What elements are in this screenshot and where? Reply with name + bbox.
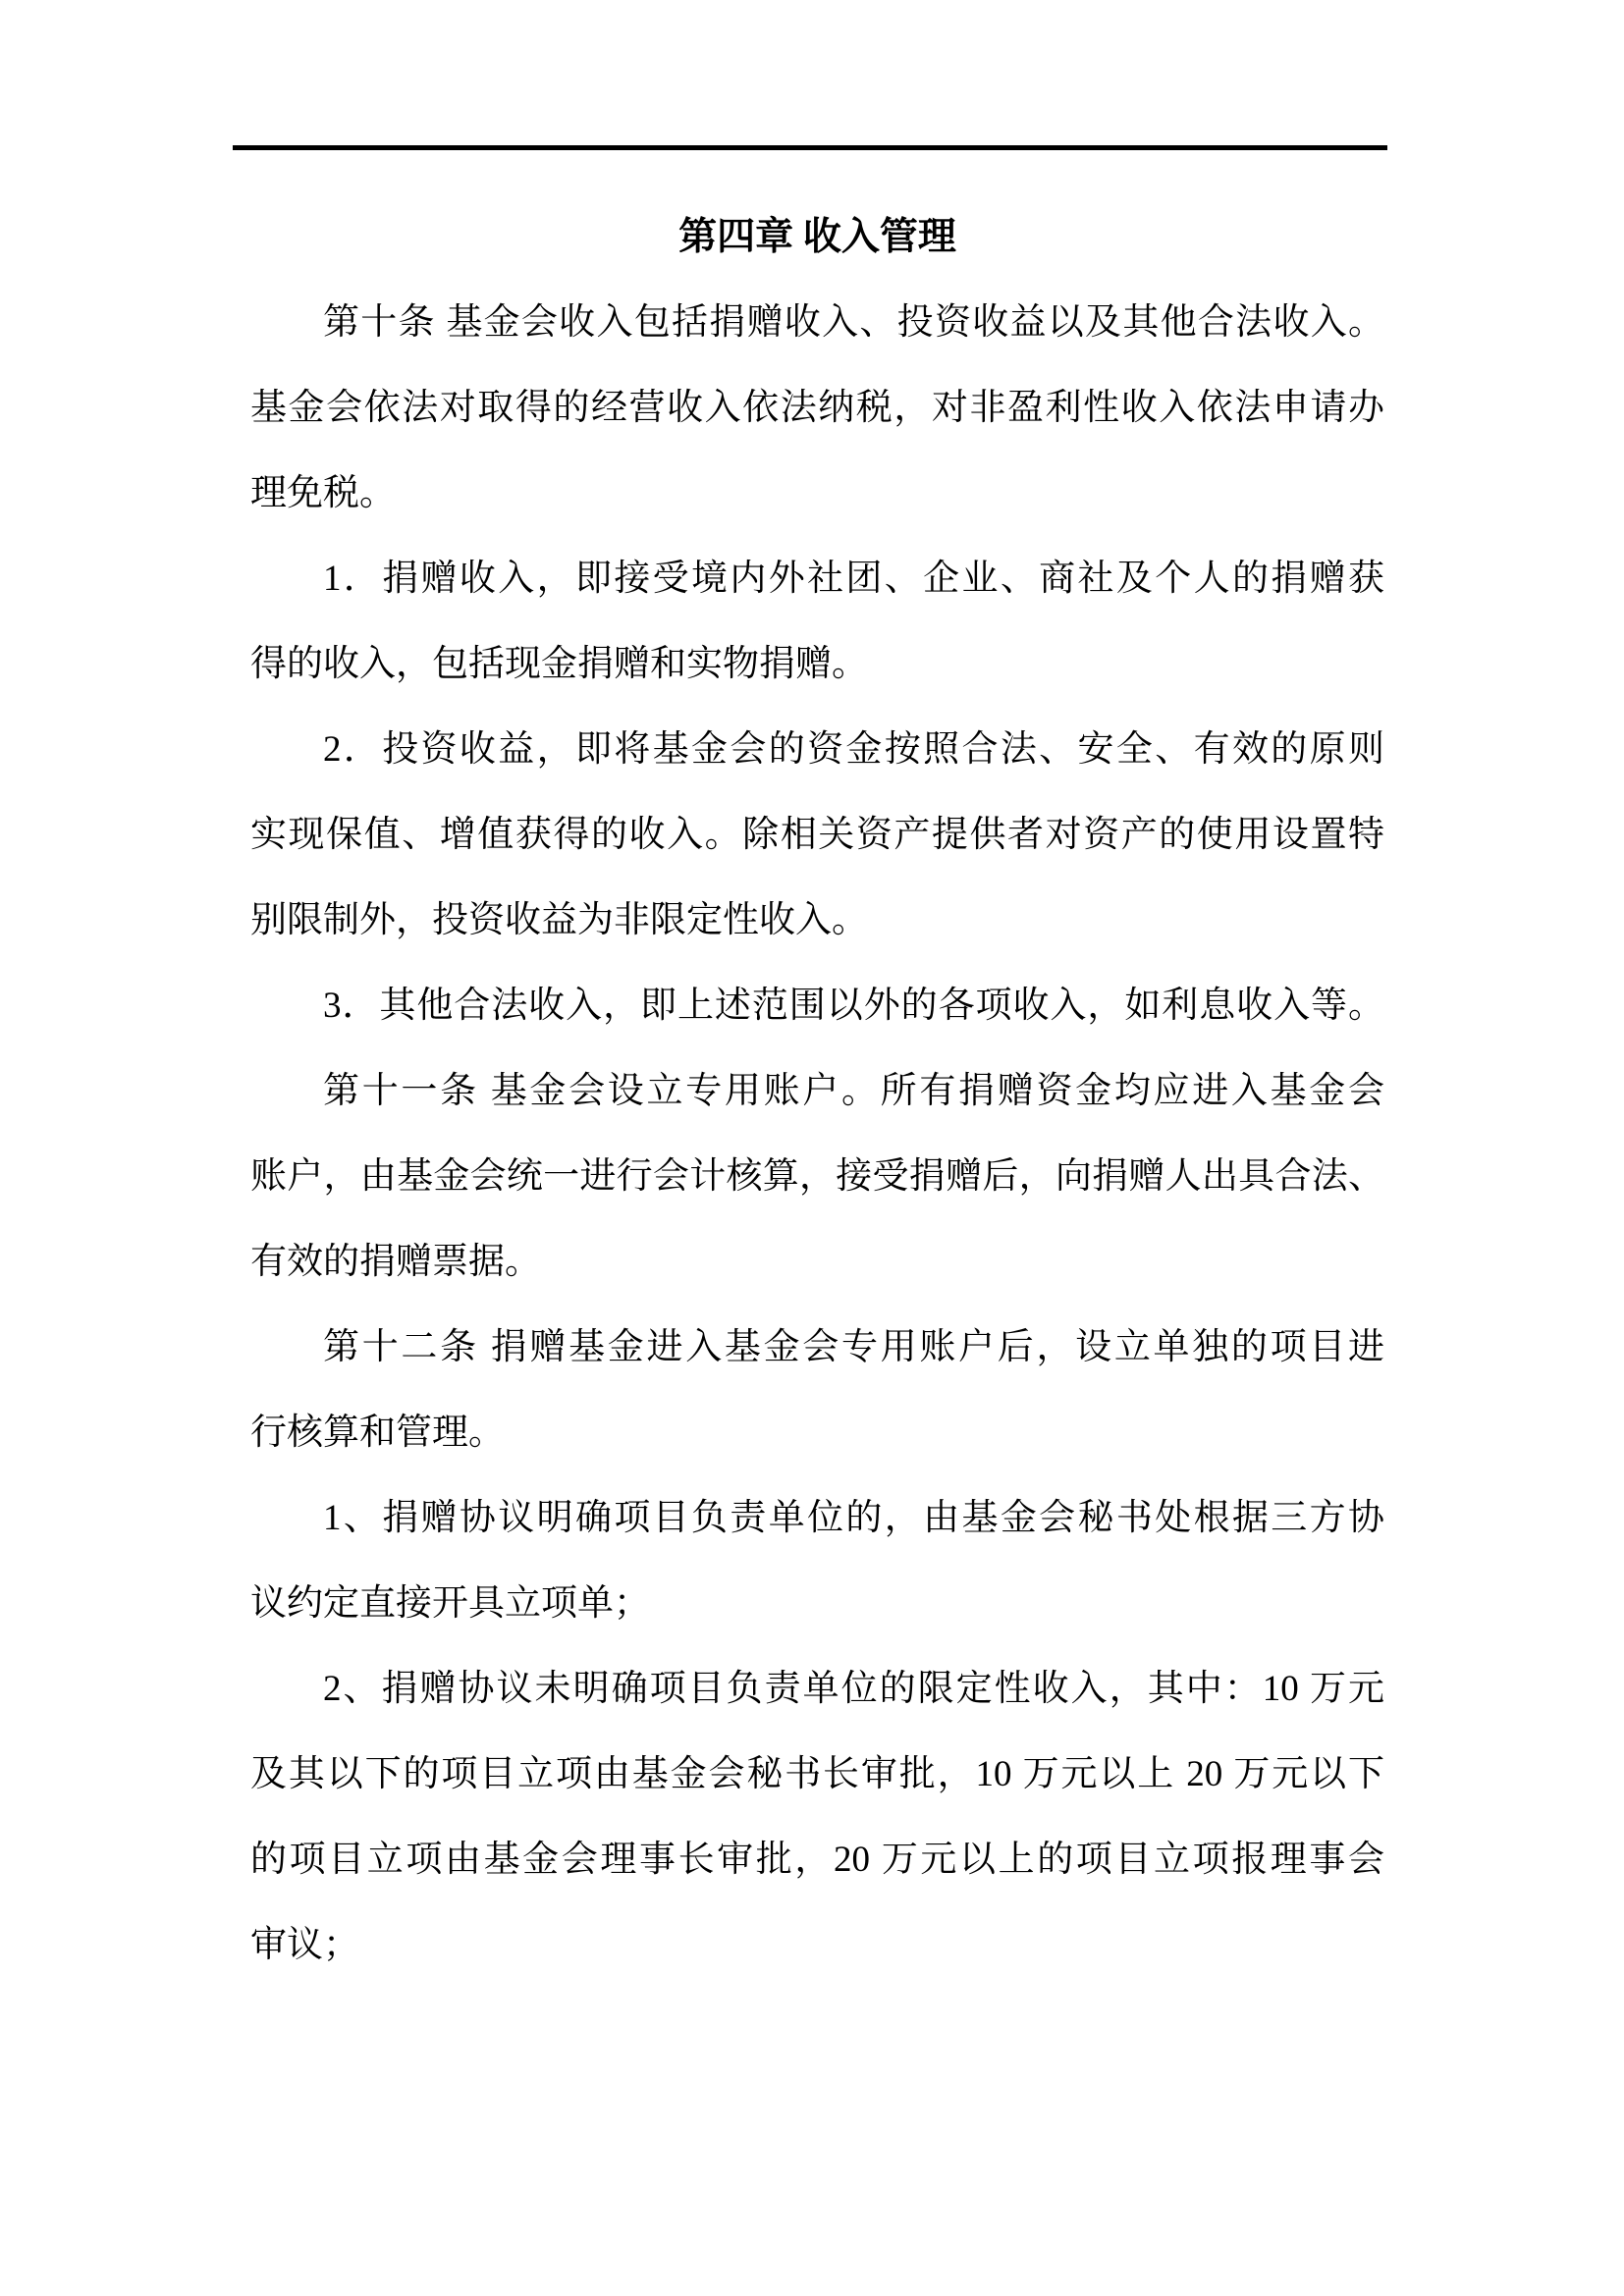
text-line: 第十条 基金会收入包括捐赠收入、投资收益以及其他合法收入。 — [250, 280, 1384, 365]
text-line: 账户，由基金会统一进行会计核算，接受捐赠后，向捐赠人出具合法、 — [250, 1134, 1384, 1219]
text-line: 有效的捐赠票据。 — [250, 1219, 1384, 1305]
text-line: 3．其他合法收入，即上述范围以外的各项收入，如利息收入等。 — [250, 963, 1384, 1048]
text-line: 第十二条 捐赠基金进入基金会专用账户后，设立单独的项目进 — [250, 1305, 1384, 1390]
text-line: 实现保值、增值获得的收入。除相关资产提供者对资产的使用设置特 — [250, 792, 1384, 878]
text-line: 2．投资收益，即将基金会的资金按照合法、安全、有效的原则 — [250, 707, 1384, 792]
header-divider-line — [233, 145, 1387, 150]
text-line: 及其以下的项目立项由基金会秘书长审批，10 万元以上 20 万元以下 — [250, 1732, 1384, 1817]
text-line: 理免税。 — [250, 451, 1384, 536]
text-line: 行核算和管理。 — [250, 1390, 1384, 1475]
text-line: 审议； — [250, 1902, 1384, 1988]
text-line: 议约定直接开具立项单； — [250, 1561, 1384, 1646]
text-line: 基金会依法对取得的经营收入依法纳税，对非盈利性收入依法申请办 — [250, 365, 1384, 451]
chapter-title: 第四章 收入管理 — [250, 194, 1384, 280]
text-line: 1、捐赠协议明确项目负责单位的，由基金会秘书处根据三方协 — [250, 1475, 1384, 1561]
text-line: 得的收入，包括现金捐赠和实物捐赠。 — [250, 621, 1384, 707]
text-line: 的项目立项由基金会理事长审批，20 万元以上的项目立项报理事会 — [250, 1817, 1384, 1902]
text-line: 2、捐赠协议未明确项目负责单位的限定性收入，其中：10 万元 — [250, 1646, 1384, 1732]
document-content: 第四章 收入管理 第十条 基金会收入包括捐赠收入、投资收益以及其他合法收入。基金… — [250, 194, 1384, 1988]
text-line: 第十一条 基金会设立专用账户。所有捐赠资金均应进入基金会 — [250, 1048, 1384, 1134]
text-line: 别限制外，投资收益为非限定性收入。 — [250, 878, 1384, 963]
paragraph-lines: 第十条 基金会收入包括捐赠收入、投资收益以及其他合法收入。基金会依法对取得的经营… — [250, 280, 1384, 1988]
text-line: 1．捐赠收入，即接受境内外社团、企业、商社及个人的捐赠获 — [250, 536, 1384, 621]
document-page: 第四章 收入管理 第十条 基金会收入包括捐赠收入、投资收益以及其他合法收入。基金… — [0, 0, 1624, 2296]
